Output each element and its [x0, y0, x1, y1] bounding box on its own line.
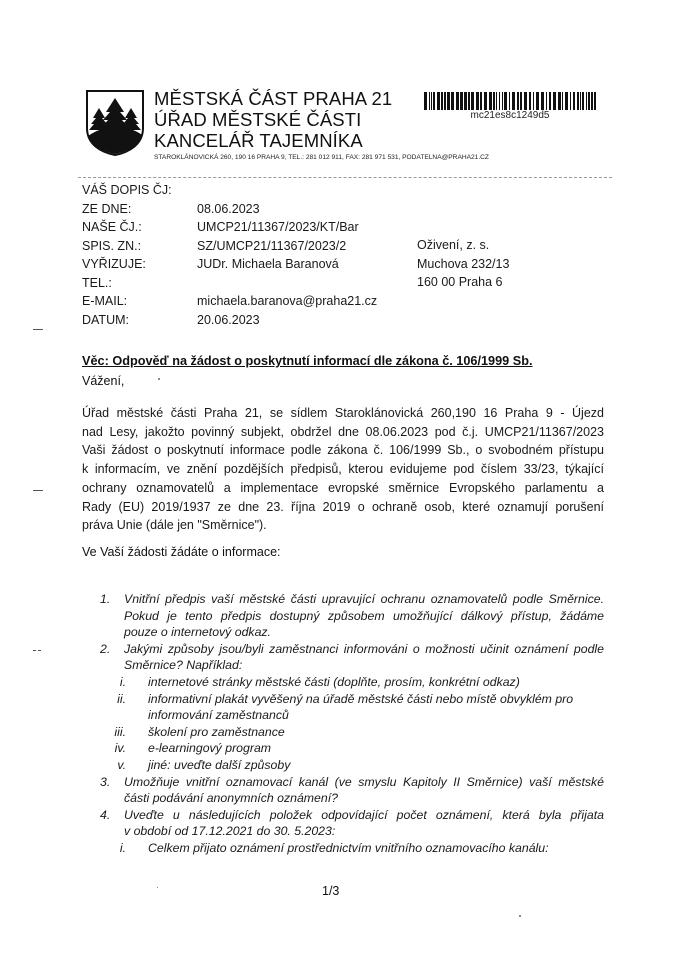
- request-item: 4.Uveďte u následujících položek odpovíd…: [100, 807, 604, 840]
- request-subitem: iii.školení pro zaměstnance: [100, 724, 604, 741]
- item-text: pouze o internetový odkaz.: [124, 624, 604, 641]
- item-text: Umožňuje vnitřní oznamovací kanál (ve sm…: [124, 774, 604, 791]
- subitem-number: v.: [100, 757, 148, 774]
- reference-label: SPIS. ZN.:: [82, 237, 197, 256]
- subject-line: Věc: Odpověď na žádost o poskytnutí info…: [82, 354, 533, 368]
- paragraph-line: k informacím, ve znění pozdějších předpi…: [82, 460, 604, 479]
- reference-label: TEL.:: [82, 274, 197, 293]
- item-text: Pokud je tento předpis dostupný způsobem…: [124, 608, 604, 625]
- paragraph-line: Vaši žádost o poskytnutí informace podle…: [82, 441, 604, 460]
- subitem-text: školení pro zaměstnance: [148, 724, 604, 741]
- subitem-number: i.: [100, 674, 148, 691]
- reference-value: JUDr. Michaela Baranová: [197, 255, 415, 274]
- reference-value: [197, 274, 415, 293]
- reference-value: michaela.baranova@praha21.cz: [197, 292, 415, 311]
- recipient-name: Oživení, z. s.: [417, 236, 509, 255]
- barcode-icon: [424, 92, 596, 110]
- reference-row: VYŘIZUJE:JUDr. Michaela Baranová: [82, 255, 415, 274]
- subitem-text: informování zaměstnanců: [148, 707, 604, 724]
- reference-row: E-MAIL:michaela.baranova@praha21.cz: [82, 292, 415, 311]
- scan-speck: [158, 378, 160, 380]
- reference-row: ZE DNE:08.06.2023: [82, 200, 415, 219]
- reference-row: TEL.:: [82, 274, 415, 293]
- recipient-street: Muchova 232/13: [417, 255, 509, 274]
- subitem-text: informativní plakát vyvěšený na úřadě mě…: [148, 691, 604, 708]
- request-subitem: i.Celkem přijato oznámení prostřednictví…: [100, 840, 604, 857]
- item-text: Vnitřní předpis vaší městské části uprav…: [124, 591, 604, 608]
- reference-value: [197, 181, 415, 200]
- paragraph-line: práva Unie (dále jen "Směrnice").: [82, 516, 604, 535]
- recipient-address: Oživení, z. s. Muchova 232/13 160 00 Pra…: [417, 236, 509, 292]
- org-department-line: KANCELÁŘ TAJEMNÍKA: [154, 130, 489, 151]
- item-text: části podávání anonymních oznámení?: [124, 790, 604, 807]
- request-list: 1.Vnitřní předpis vaší městské části upr…: [100, 591, 604, 857]
- scan-speck: [157, 887, 158, 888]
- reference-row: SPIS. ZN.:SZ/UMCP21/11367/2023/2: [82, 237, 415, 256]
- request-item: 2.Jakými způsoby jsou/byli zaměstnanci i…: [100, 641, 604, 674]
- recipient-city: 160 00 Praha 6: [417, 273, 509, 292]
- reference-row: DATUM:20.06.2023: [82, 311, 415, 330]
- reference-value: SZ/UMCP21/11367/2023/2: [197, 237, 415, 256]
- item-number: 2.: [100, 641, 124, 674]
- subitem-number: iii.: [100, 724, 148, 741]
- reference-label: E-MAIL:: [82, 292, 197, 311]
- subitem-number: i.: [100, 840, 148, 857]
- request-intro: Ve Vaší žádosti žádáte o informace:: [82, 545, 281, 559]
- barcode-text: mc21es8c1249d5: [424, 110, 596, 121]
- reference-label: VYŘIZUJE:: [82, 255, 197, 274]
- paragraph-line: nad Lesy, jakožto povinný subjekt, obdrž…: [82, 423, 604, 442]
- item-text: Směrnice? Například:: [124, 657, 604, 674]
- header-divider: [78, 177, 612, 178]
- item-text: Uveďte u následujících položek odpovídaj…: [124, 807, 604, 824]
- reference-row: NAŠE ČJ.:UMCP21/11367/2023/KT/Bar: [82, 218, 415, 237]
- org-address: STAROKLÁNOVICKÁ 260, 190 16 PRAHA 9, TEL…: [154, 153, 489, 163]
- paragraph-line: ochrany oznamovatelů a implementace evro…: [82, 479, 604, 498]
- coat-of-arms-icon: [84, 88, 146, 156]
- subitem-number: ii.: [100, 691, 148, 724]
- fold-mark: [33, 329, 43, 330]
- reference-row: VÁŠ DOPIS ČJ:: [82, 181, 415, 200]
- reference-value: UMCP21/11367/2023/KT/Bar: [197, 218, 415, 237]
- item-number: 1.: [100, 591, 124, 641]
- reference-label: NAŠE ČJ.:: [82, 218, 197, 237]
- subitem-text: e-learningový program: [148, 740, 604, 757]
- paragraph-line: Rady (EU) 2019/1937 ze dne 23. října 201…: [82, 498, 604, 517]
- item-number: 4.: [100, 807, 124, 840]
- request-subitem: ii.informativní plakát vyvěšený na úřadě…: [100, 691, 604, 724]
- item-text: Jakými způsoby jsou/byli zaměstnanci inf…: [124, 641, 604, 658]
- paragraph-line: Úřad městské části Praha 21, se sídlem S…: [82, 404, 604, 423]
- subitem-text: internetové stránky městské části (doplň…: [148, 674, 604, 691]
- reference-value: 20.06.2023: [197, 311, 415, 330]
- request-subitem: iv.e-learningový program: [100, 740, 604, 757]
- fold-mark: [33, 490, 43, 491]
- subitem-text: jiné: uveďte další způsoby: [148, 757, 604, 774]
- page-number: 1/3: [322, 884, 339, 898]
- request-item: 3.Umožňuje vnitřní oznamovací kanál (ve …: [100, 774, 604, 807]
- reference-value: 08.06.2023: [197, 200, 415, 219]
- greeting: Vážení,: [82, 374, 124, 388]
- scan-speck: [519, 915, 521, 917]
- body-paragraph: Úřad městské části Praha 21, se sídlem S…: [82, 404, 604, 535]
- request-subitem: v.jiné: uveďte další způsoby: [100, 757, 604, 774]
- item-text: v období od 17.12.2021 do 30. 5.2023:: [124, 823, 604, 840]
- reference-label: DATUM:: [82, 311, 197, 330]
- subitem-number: iv.: [100, 740, 148, 757]
- punch-mark: [33, 650, 41, 651]
- reference-label: ZE DNE:: [82, 200, 197, 219]
- item-number: 3.: [100, 774, 124, 807]
- reference-label: VÁŠ DOPIS ČJ:: [82, 181, 197, 200]
- request-item: 1.Vnitřní předpis vaší městské části upr…: [100, 591, 604, 641]
- reference-block: VÁŠ DOPIS ČJ:ZE DNE:08.06.2023NAŠE ČJ.:U…: [82, 181, 415, 329]
- subitem-text: Celkem přijato oznámení prostřednictvím …: [148, 840, 604, 857]
- request-subitem: i.internetové stránky městské části (dop…: [100, 674, 604, 691]
